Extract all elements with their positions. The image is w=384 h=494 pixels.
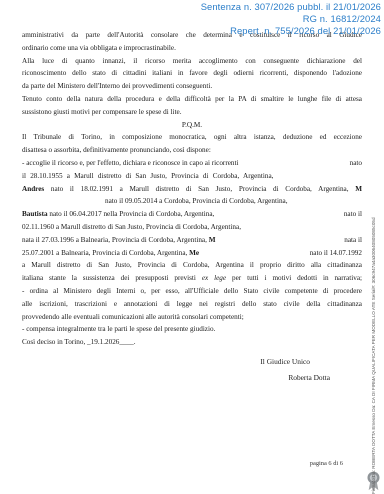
document-line: alle iscrizioni, trascrizioni e annotazi…	[22, 298, 362, 311]
document-line: italiana stante la sussistenza dei presu…	[22, 272, 362, 285]
document-line: ordinario come una via obbligata e impro…	[22, 42, 362, 55]
document-line: Bautista nato il 06.04.2017 nella Provin…	[22, 208, 362, 221]
text-segment: da parte del Ministero dell'Interno dei …	[22, 82, 212, 90]
document-line: P.Q.M.	[22, 119, 362, 132]
document-line: da parte del Ministero dell'Interno dei …	[22, 80, 362, 93]
document-line: provvedendo alle eventuali comunicazioni…	[22, 311, 362, 324]
text-segment: Alla luce di quanto innanzi, il ricorso …	[22, 57, 362, 65]
document-line: - compensa integralmente tra le parti le…	[22, 323, 362, 336]
document-line: 25.07.2001 a Balnearia, Provincia di Cor…	[22, 247, 362, 260]
text-segment: nata il 27.03.1996 a Balnearia, Provinci…	[22, 236, 209, 244]
text-segment: 02.11.1960 a Marull distretto di San Jus…	[22, 223, 241, 231]
text-segment: nato il	[344, 210, 362, 218]
stamp-sentenza-line: Sentenza n. 307/2026 pubbl. il 21/01/202…	[201, 1, 381, 13]
document-line: disattesa o assorbita, definitivamente p…	[22, 144, 362, 157]
text-segment: il 28.10.1955 a Marull distretto di San …	[22, 172, 273, 180]
judge-name: Roberta Dotta	[260, 370, 330, 386]
text-segment: Andres	[22, 185, 44, 193]
text-segment: Bautista	[22, 210, 48, 218]
text-segment: Così deciso in Torino, _19.1.2026____.	[22, 338, 136, 346]
text-segment: ex lege	[202, 274, 226, 282]
text-segment: - compensa integralmente tra le parti le…	[22, 325, 215, 333]
document-page: Sentenza n. 307/2026 pubbl. il 21/01/202…	[0, 0, 384, 494]
text-segment: a Marull distretto di San Justo, Provinc…	[22, 261, 362, 269]
document-line: Andres nato il 18.02.1991 a Marull distr…	[22, 183, 362, 196]
text-segment: Il Tribunale di Torino, in composizione …	[22, 133, 362, 141]
digital-signature-side-text: Firmato Da: ROBERTA DOTTA Emesso Da: CA …	[370, 160, 377, 494]
text-segment: Tenuto conto della natura della procedur…	[22, 95, 362, 103]
text-segment: nata il	[344, 236, 362, 244]
document-line: amministrativi da parte dell'Autorità co…	[22, 29, 362, 42]
text-segment: - accoglie il ricorso e, per l'effetto, …	[22, 159, 239, 167]
document-line: Tenuto conto della natura della procedur…	[22, 93, 362, 106]
document-line: Il Tribunale di Torino, in composizione …	[22, 131, 362, 144]
document-line: - accoglie il ricorso e, per l'effetto, …	[22, 157, 362, 170]
text-segment: - ordina al Ministero degli Interni o, p…	[22, 287, 362, 295]
text-segment: alle iscrizioni, trascrizioni e annotazi…	[22, 300, 362, 308]
text-segment: provvedendo alle eventuali comunicazioni…	[22, 313, 244, 321]
text-segment: sussistono giusti motivi per compensare …	[22, 108, 182, 116]
text-segment: disattesa o assorbita, definitivamente p…	[22, 146, 211, 154]
text-segment: M	[355, 185, 362, 193]
document-line: nato il 09.05.2014 a Cordoba, Provincia …	[22, 195, 362, 208]
document-line: a Marull distretto di San Justo, Provinc…	[22, 259, 362, 272]
stamp-rg-line: RG n. 16812/2024	[201, 13, 381, 25]
text-segment: per tutti i motivi dedotti in narrativa;	[226, 274, 362, 282]
document-line: 02.11.1960 a Marull distretto di San Jus…	[22, 221, 362, 234]
text-segment: 25.07.2001 a Balnearia, Provincia di Cor…	[22, 249, 189, 257]
text-segment: ordinario come una via obbligata e impro…	[22, 44, 176, 52]
document-line: Alla luce di quanto innanzi, il ricorso …	[22, 55, 362, 68]
text-segment: nato il 06.04.2017 nella Provincia di Co…	[48, 210, 215, 218]
text-segment: nato	[350, 159, 362, 167]
text-segment: P.Q.M.	[182, 121, 202, 129]
text-segment: nato il 09.05.2014 a Cordoba, Provincia …	[105, 197, 288, 205]
text-segment: M	[209, 236, 216, 244]
document-line: Così deciso in Torino, _19.1.2026____.	[22, 336, 362, 349]
judge-signature-block: Il Giudice Unico Roberta Dotta	[260, 354, 330, 386]
text-segment: Me	[189, 249, 199, 257]
document-line: riconoscimento dello stato di cittadini …	[22, 67, 362, 80]
document-line: sussistono giusti motivi per compensare …	[22, 106, 362, 119]
document-body: amministrativi da parte dell'Autorità co…	[22, 29, 362, 349]
text-segment: amministrativi da parte dell'Autorità co…	[22, 31, 362, 39]
document-line: il 28.10.1955 a Marull distretto di San …	[22, 170, 362, 183]
page-number: pagina 6 di 6	[310, 460, 343, 467]
document-line: - ordina al Ministero degli Interni o, p…	[22, 285, 362, 298]
text-segment: nato il 14.07.1992	[310, 249, 362, 257]
judge-role: Il Giudice Unico	[260, 354, 330, 370]
document-line: nata il 27.03.1996 a Balnearia, Provinci…	[22, 234, 362, 247]
digital-signature-strip: Firmato Da: ROBERTA DOTTA Emesso Da: CA …	[370, 160, 378, 494]
text-segment: nato il 18.02.1991 a Marull distretto di…	[44, 185, 355, 193]
text-segment: italiana stante la sussistenza dei presu…	[22, 274, 202, 282]
text-segment: riconoscimento dello stato di cittadini …	[22, 69, 362, 77]
